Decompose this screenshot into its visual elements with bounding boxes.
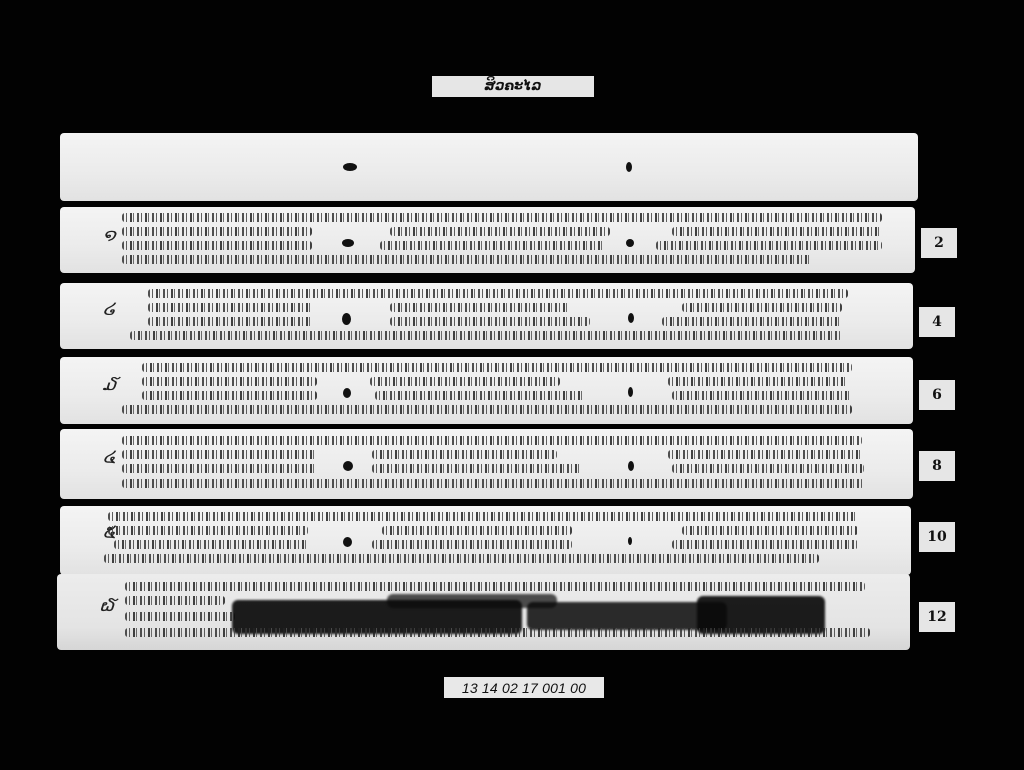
archive-id-label: 13 14 02 17 001 00 (444, 677, 604, 698)
text-line (682, 303, 842, 312)
string-hole-left (343, 537, 352, 547)
string-hole-right (626, 162, 632, 172)
page-number-label: 10 (919, 522, 955, 552)
text-line (122, 213, 882, 222)
page-number-label: 8 (919, 451, 955, 481)
text-line (148, 303, 313, 312)
text-line (372, 464, 582, 473)
text-line (380, 241, 605, 250)
text-line (148, 317, 313, 326)
text-line (122, 436, 862, 445)
text-line (668, 377, 848, 386)
string-hole-right (626, 239, 634, 247)
page-number-label: 12 (919, 602, 955, 632)
text-line (148, 289, 848, 298)
page-number-label: 6 (919, 380, 955, 410)
text-line (672, 391, 852, 400)
text-line (662, 317, 842, 326)
text-line (122, 405, 852, 414)
text-line (108, 512, 858, 521)
folio-number: ໔ (103, 447, 116, 466)
string-hole-left (342, 313, 351, 325)
palm-leaf-3: ໓ (60, 357, 913, 424)
string-hole-left (342, 239, 354, 247)
text-line (122, 241, 312, 250)
string-hole-right (628, 461, 634, 471)
text-line (125, 582, 865, 591)
text-line (122, 450, 317, 459)
text-line (125, 628, 870, 637)
text-line (122, 464, 317, 473)
string-hole-right (628, 387, 633, 397)
text-line (656, 241, 882, 250)
folio-number: ໑ (102, 225, 115, 244)
text-line (382, 526, 572, 535)
text-line (142, 363, 852, 372)
text-line (122, 479, 864, 488)
string-hole-right (628, 313, 634, 323)
string-hole-right (628, 537, 632, 545)
folio-number: ໓ (102, 375, 116, 394)
text-line (672, 540, 858, 549)
text-line (370, 377, 560, 386)
text-line (672, 227, 882, 236)
text-line (372, 450, 557, 459)
text-line (375, 391, 585, 400)
text-line (390, 303, 570, 312)
folio-number: ໒ (102, 299, 115, 318)
text-line (122, 255, 812, 264)
string-hole-left (343, 163, 357, 171)
text-line (108, 526, 308, 535)
palm-leaf-5: ໕ (60, 506, 911, 575)
text-line (372, 540, 572, 549)
palm-leaf-6: ໖ (57, 574, 910, 650)
string-hole-left (343, 388, 351, 398)
text-line (390, 317, 590, 326)
text-line (125, 596, 225, 605)
palm-leaf-2: ໒ (60, 283, 913, 349)
text-line (142, 377, 317, 386)
text-line (390, 227, 610, 236)
folio-number: ໖ (99, 596, 114, 615)
palm-leaf-1: ໑ (60, 207, 915, 273)
text-line (672, 464, 864, 473)
text-line (130, 331, 842, 340)
text-line (114, 540, 308, 549)
text-line (122, 227, 312, 236)
text-line (682, 526, 858, 535)
text-line (142, 391, 317, 400)
string-hole-left (343, 461, 353, 471)
text-line (104, 554, 819, 563)
text-line (668, 450, 863, 459)
palm-leaf-cover (60, 133, 918, 201)
text-line (125, 612, 235, 621)
manuscript-title-label: ສິວຄະໄລ (432, 76, 594, 97)
page-number-label: 4 (919, 307, 955, 337)
palm-leaf-4: ໔ (60, 429, 913, 499)
page-number-label: 2 (921, 228, 957, 258)
